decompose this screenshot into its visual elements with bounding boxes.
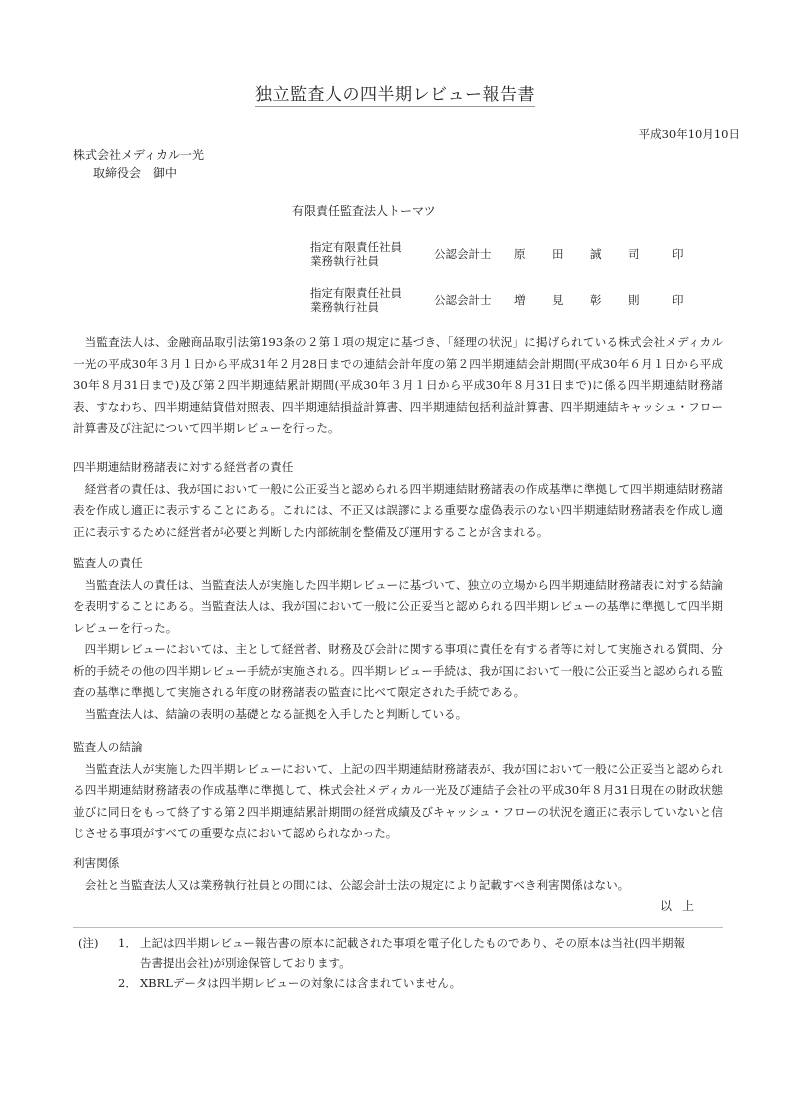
paragraph: 会社と当監査法人又は業務執行社員との間には、公認会計士法の規定により記載すべき利… (73, 875, 723, 897)
signatory-roles: 指定有限責任社員 業務執行社員 (310, 240, 434, 268)
name-char: 原 (514, 247, 552, 261)
note-number: 1． (118, 933, 140, 953)
signatory-2: 指定有限責任社員 業務執行社員 公認会計士 増 見 彰 則 印 (310, 286, 684, 314)
report-title-text: 独立監査人の四半期レビュー報告書 (255, 85, 535, 107)
section-heading: 利害関係 (73, 853, 723, 875)
signatory-roles: 指定有限責任社員 業務執行社員 (310, 286, 434, 314)
paragraph: 当監査法人は、結論の表明の基礎となる証拠を入手したと判断している。 (73, 704, 723, 726)
name-char: 増 (514, 293, 552, 307)
paragraph: 当監査法人は、金融商品取引法第193条の２第１項の規定に基づき、「経理の状況」に… (73, 332, 723, 440)
notes-divider (73, 927, 723, 928)
name-char: 田 (552, 247, 590, 261)
note-text-continued: 告書提出会社)が別途保管しております。 (78, 953, 728, 973)
intro-paragraph: 当監査法人は、金融商品取引法第193条の２第１項の規定に基づき、「経理の状況」に… (73, 332, 723, 440)
paragraph: 四半期レビューにおいては、主として経営者、財務及び会計に関する事項に責任を有する… (73, 639, 723, 704)
seal-mark: 印 (672, 247, 684, 261)
signatory-name: 原 田 誠 司 (514, 247, 666, 261)
paragraph: 当監査法人の責任は、当監査法人が実施した四半期レビューに基づいて、独立の立場から… (73, 575, 723, 640)
report-title: 独立監査人の四半期レビュー報告書 (0, 80, 790, 105)
role-line: 業務執行社員 (310, 254, 434, 268)
name-char: 見 (552, 293, 590, 307)
closing-mark: 以上 (660, 897, 704, 914)
role-line: 指定有限責任社員 (310, 286, 434, 300)
name-char: 誠 (590, 247, 628, 261)
note-text: XBRLデータは四半期レビューの対象には含まれていません。 (140, 973, 461, 993)
section-heading: 監査人の結論 (73, 737, 723, 759)
section-interests: 利害関係 会社と当監査法人又は業務執行社員との間には、公認会計士法の規定により記… (73, 853, 723, 896)
name-char: 司 (628, 247, 666, 261)
qualification: 公認会計士 (434, 247, 514, 261)
addressee-block: 株式会社メディカル一光 取締役会 御中 (73, 146, 204, 182)
section-auditor-responsibility: 監査人の責任 当監査法人の責任は、当監査法人が実施した四半期レビューに基づいて、… (73, 553, 723, 725)
qualification: 公認会計士 (434, 293, 514, 307)
addressee-company: 株式会社メディカル一光 (73, 146, 204, 164)
notes-label-spacer (78, 973, 118, 993)
seal-mark: 印 (672, 293, 684, 307)
paragraph: 当監査法人が実施した四半期レビューにおいて、上記の四半期連結財務諸表が、我が国に… (73, 759, 723, 845)
note-number: 2． (118, 973, 140, 993)
paragraph: 経営者の責任は、我が国において一般に公正妥当と認められる四半期連結財務諸表の作成… (73, 479, 723, 544)
name-char: 彰 (590, 293, 628, 307)
addressee-recipient: 取締役会 御中 (73, 164, 204, 182)
note-item-1: (注) 1． 上記は四半期レビュー報告書の原本に記載された事項を電子化したもので… (78, 933, 728, 953)
section-management-responsibility: 四半期連結財務諸表に対する経営者の責任 経営者の責任は、我が国において一般に公正… (73, 457, 723, 543)
note-text: 上記は四半期レビュー報告書の原本に記載された事項を電子化したものであり、その原本… (140, 933, 685, 953)
signatory-name: 増 見 彰 則 (514, 293, 666, 307)
name-char: 則 (628, 293, 666, 307)
role-line: 指定有限責任社員 (310, 240, 434, 254)
note-item-2: 2． XBRLデータは四半期レビューの対象には含まれていません。 (78, 973, 728, 993)
auditor-firm: 有限責任監査法人トーマツ (292, 202, 436, 219)
section-heading: 四半期連結財務諸表に対する経営者の責任 (73, 457, 723, 479)
notes-block: (注) 1． 上記は四半期レビュー報告書の原本に記載された事項を電子化したもので… (78, 933, 728, 993)
notes-label: (注) (78, 933, 118, 953)
role-line: 業務執行社員 (310, 300, 434, 314)
report-date: 平成30年10月10日 (639, 126, 740, 142)
signatory-1: 指定有限責任社員 業務執行社員 公認会計士 原 田 誠 司 印 (310, 240, 684, 268)
section-heading: 監査人の責任 (73, 553, 723, 575)
section-auditor-conclusion: 監査人の結論 当監査法人が実施した四半期レビューにおいて、上記の四半期連結財務諸… (73, 737, 723, 845)
